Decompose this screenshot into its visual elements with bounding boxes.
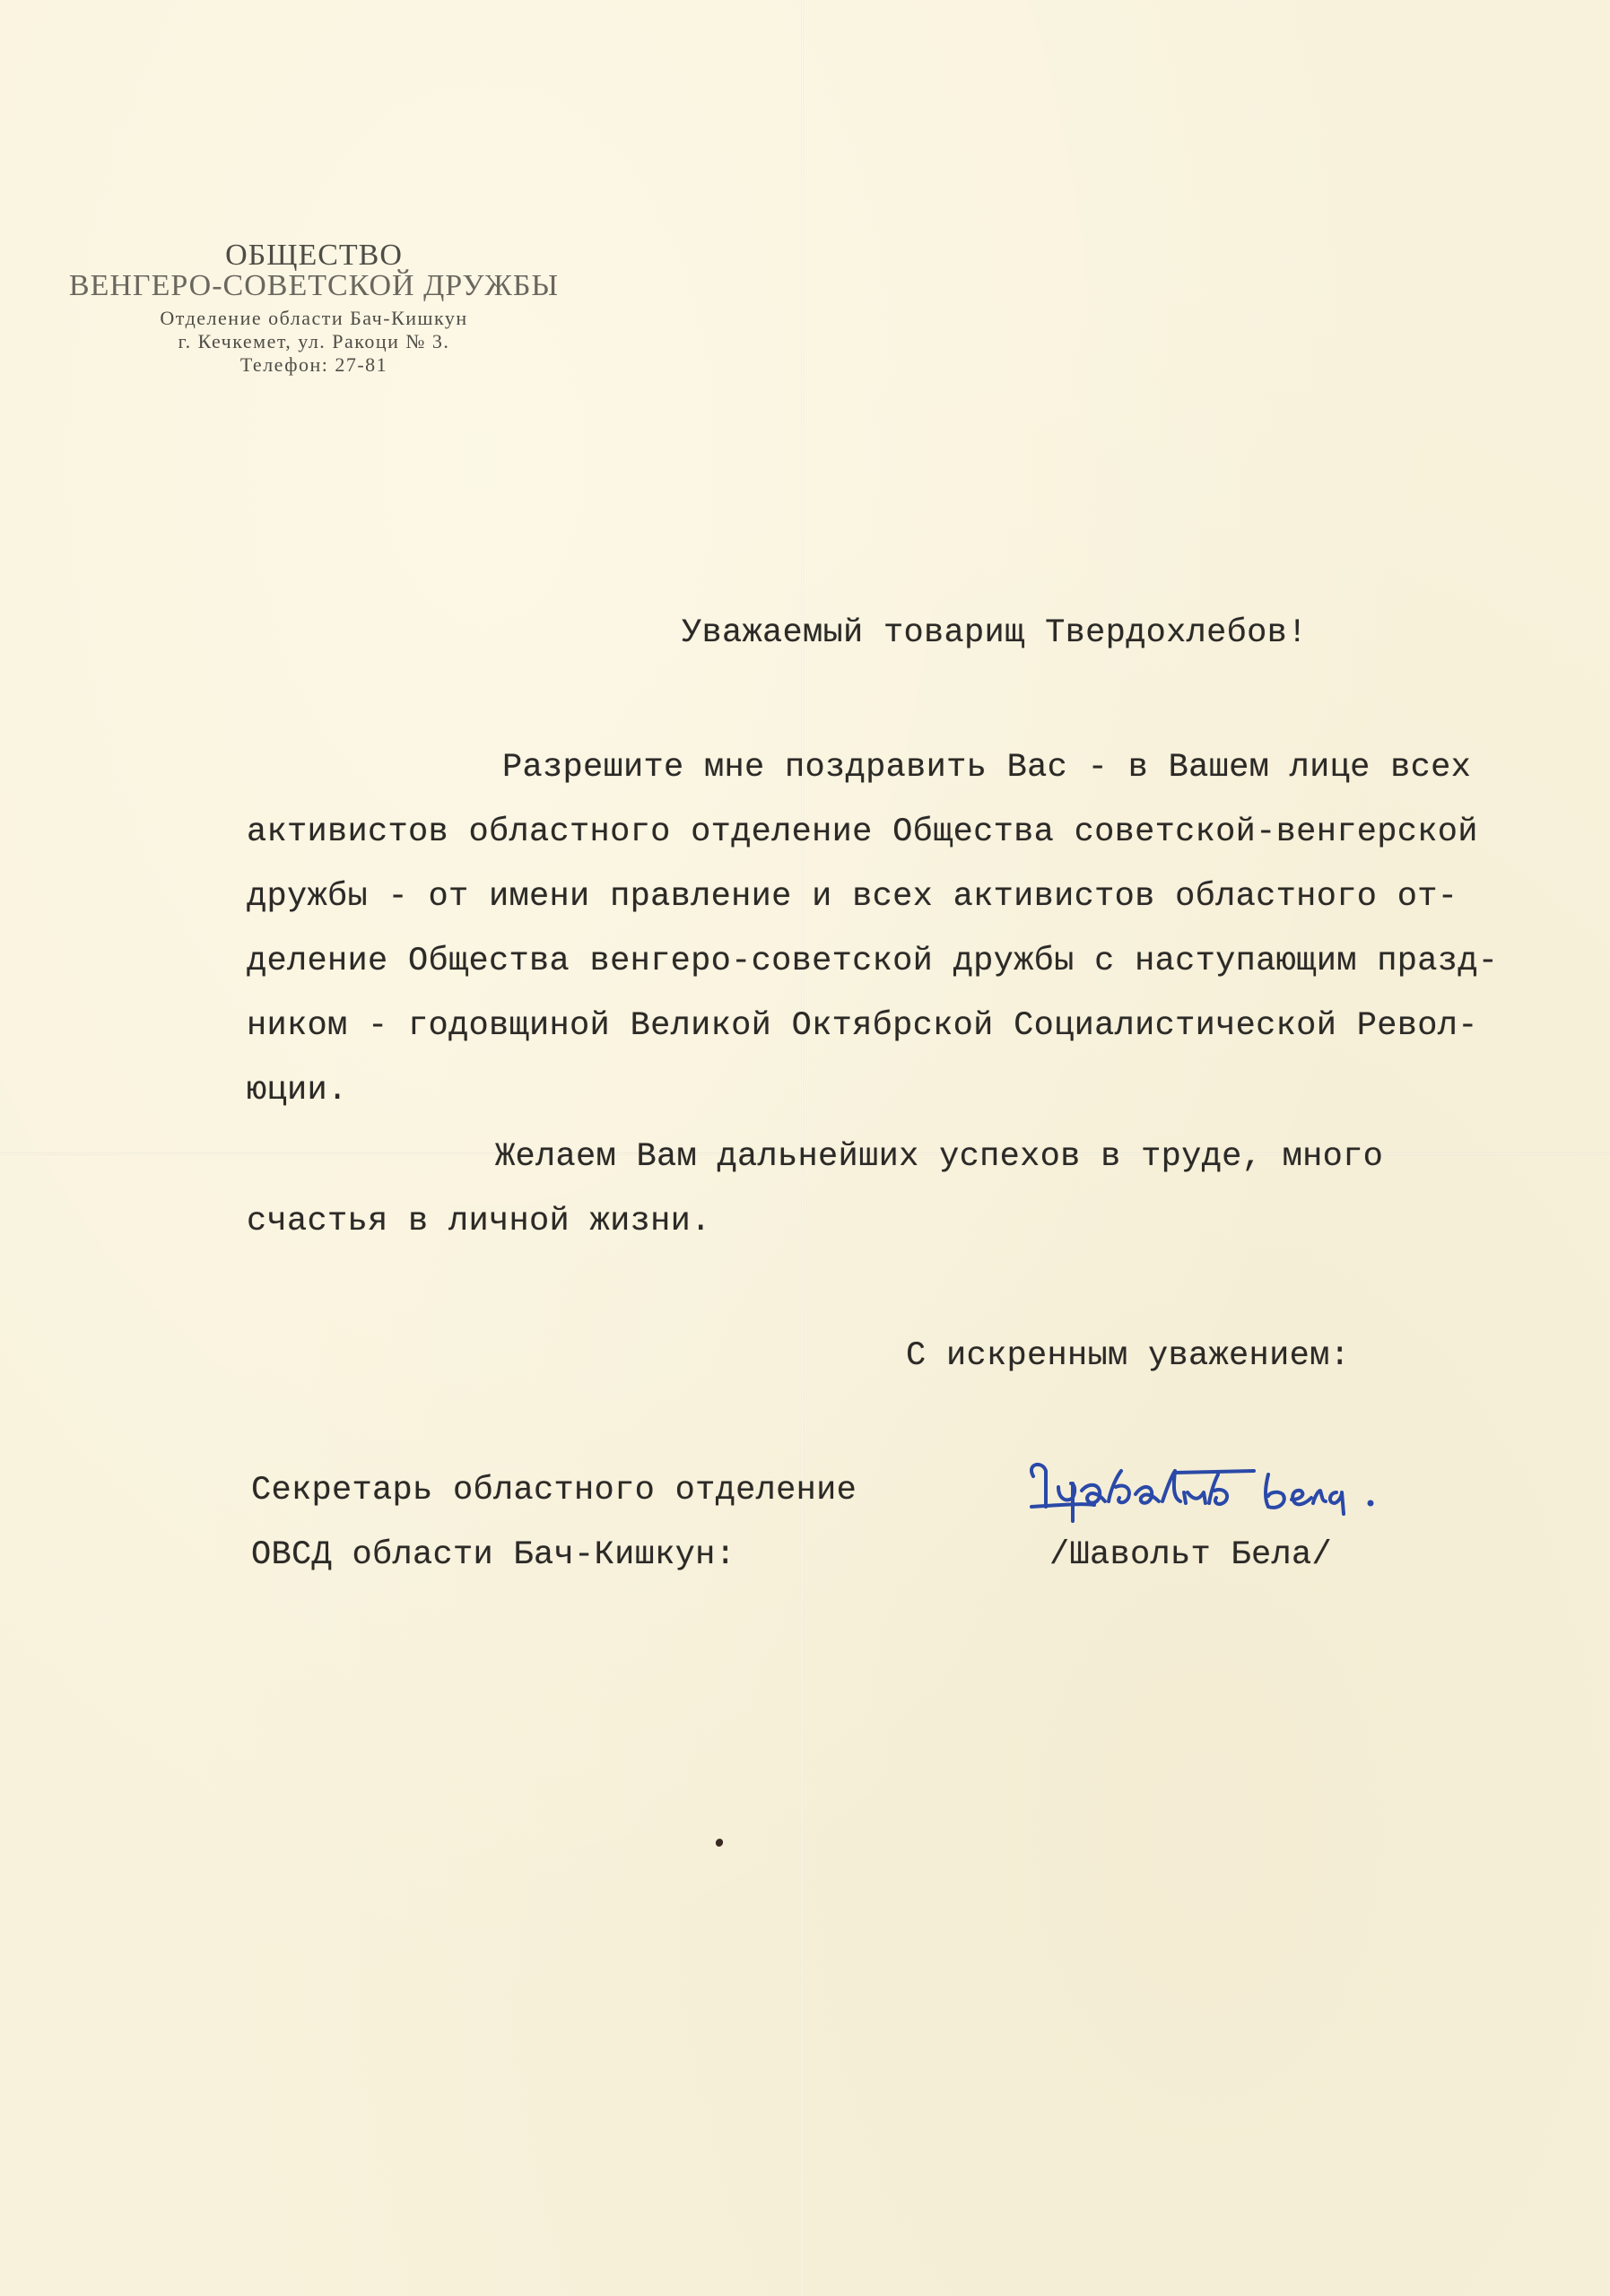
paragraph-line: Разрешите мне поздравить Вас - в Вашем л… — [502, 750, 1471, 786]
signatory-title-line: Секретарь областного отделение — [251, 1473, 857, 1509]
paragraph-line: дружбы - от имени правление и всех актив… — [247, 879, 1458, 915]
letterhead-branch: Отделение области Бач-Кишкун — [63, 307, 565, 330]
paragraph-line: ником - годовщиной Великой Октябрской Со… — [247, 1008, 1478, 1044]
handwritten-signature — [1023, 1451, 1489, 1532]
signatory-title-line: ОВСД области Бач-Кишкун: — [251, 1537, 735, 1573]
letterhead-title-line1: ОБЩЕСТВО — [63, 240, 565, 271]
paragraph-line: активистов областного отделение Общества… — [247, 814, 1478, 850]
signatory-name: /Шавольт Бела/ — [1049, 1537, 1332, 1573]
letterhead: ОБЩЕСТВО ВЕНГЕРО-СОВЕТСКОЙ ДРУЖБЫ Отделе… — [63, 240, 565, 377]
paragraph-line: Желаем Вам дальнейших успехов в труде, м… — [495, 1139, 1383, 1175]
paragraph-line: счастья в личной жизни. — [247, 1204, 711, 1239]
letterhead-phone: Телефон: 27-81 — [63, 353, 565, 377]
paragraph-line: юции. — [247, 1073, 348, 1109]
salutation: Уважаемый товарищ Твердохлебов! — [682, 615, 1308, 651]
ink-speck — [714, 1838, 724, 1848]
letterhead-title-line2: ВЕНГЕРО-СОВЕТСКОЙ ДРУЖБЫ — [63, 271, 565, 301]
letterhead-address: г. Кечкемет, ул. Ракоци № 3. — [63, 330, 565, 353]
closing: С искренным уважением: — [906, 1338, 1350, 1374]
paragraph-line: деление Общества венгеро-советской дружб… — [247, 944, 1498, 979]
